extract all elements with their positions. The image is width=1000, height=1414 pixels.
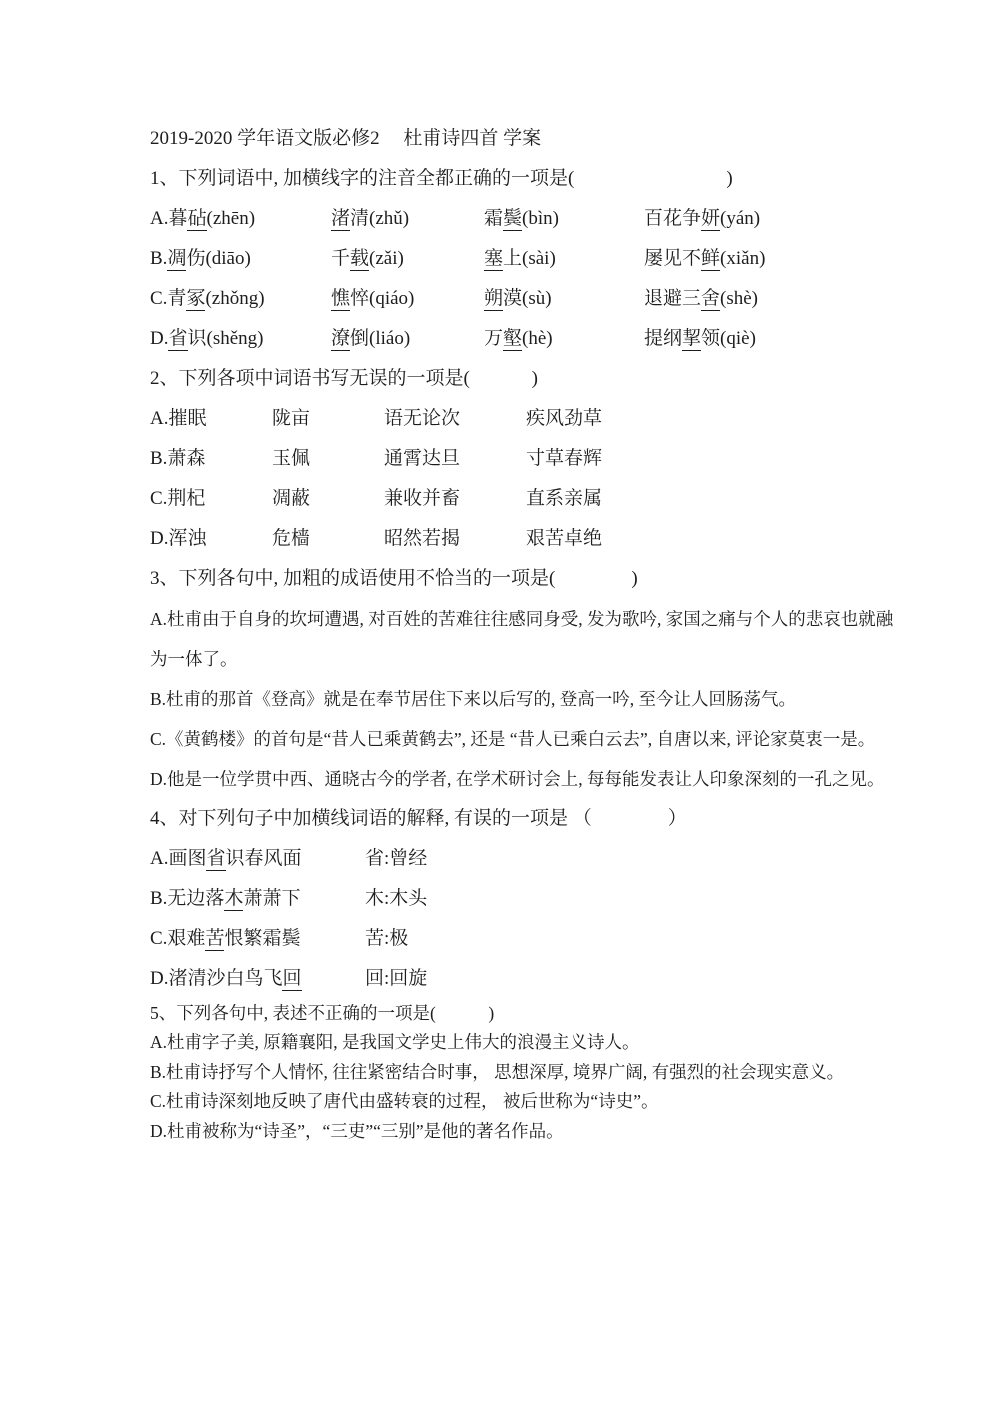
worksheet-page: 2019-2020 学年语文版必修2 杜甫诗四首 学案 1、下列词语中, 加横线… bbox=[0, 0, 910, 1146]
q1-option-cell: 千载(zǎi) bbox=[331, 239, 404, 279]
question-4: 4、对下列句子中加横线词语的解释, 有误的一项是 （ ） A.画图省识春风面省:… bbox=[150, 799, 910, 999]
q3-option: B.杜甫的那首《登高》就是在奉节居住下来以后写的, 登高一吟, 至今让人回肠荡气… bbox=[150, 679, 895, 719]
question-1: 1、下列词语中, 加横线字的注音全都正确的一项是( ) A.暮砧(zhēn)渚清… bbox=[150, 159, 910, 359]
q2-stem: 2、下列各项中词语书写无误的一项是( ) bbox=[150, 359, 910, 399]
q1-option-cell: 退避三舍(shè) bbox=[644, 279, 758, 319]
q4-gloss: 木:木头 bbox=[365, 879, 427, 919]
underlined-char: 鬓 bbox=[503, 208, 522, 231]
q1-option-row: A.暮砧(zhēn)渚清(zhǔ)霜鬓(bìn)百花争妍(yán) bbox=[150, 199, 910, 239]
underlined-char: 载 bbox=[350, 248, 369, 271]
q1-option-row: B.凋伤(diāo)千载(zǎi)塞上(sài)屡见不鲜(xiǎn) bbox=[150, 239, 910, 279]
q1-stem: 1、下列词语中, 加横线字的注音全都正确的一项是( ) bbox=[150, 159, 910, 199]
q2-option-cell: A.摧眠 bbox=[150, 399, 206, 439]
q2-option-row: B.萧森玉佩通霄达旦寸草春辉 bbox=[150, 439, 910, 479]
q1-option-cell: 提纲挈领(qiè) bbox=[644, 319, 756, 359]
q2-option-cell: 玉佩 bbox=[272, 439, 310, 479]
q2-option-row: C.荆杞凋蔽兼收并畜直系亲属 bbox=[150, 479, 910, 519]
underlined-char: 妍 bbox=[701, 208, 720, 231]
q1-options: A.暮砧(zhēn)渚清(zhǔ)霜鬓(bìn)百花争妍(yán)B.凋伤(di… bbox=[150, 199, 910, 359]
q3-options: A.杜甫由于自身的坎坷遭遇, 对百姓的苦难往往感同身受, 发为歌吟, 家国之痛与… bbox=[150, 599, 910, 799]
q2-option-cell: 危樯 bbox=[272, 519, 310, 559]
q2-option-cell: 疾风劲草 bbox=[526, 399, 602, 439]
q2-option-cell: 寸草春辉 bbox=[526, 439, 602, 479]
underlined-char: 塞 bbox=[484, 248, 503, 271]
q4-gloss: 苦:极 bbox=[365, 919, 408, 959]
q1-option-row: C.青冢(zhǒng)憔悴(qiáo)朔漠(sù)退避三舍(shè) bbox=[150, 279, 910, 319]
underlined-char: 壑 bbox=[503, 328, 522, 351]
q2-option-cell: 语无论次 bbox=[384, 399, 460, 439]
q5-option: A.杜甫字子美, 原籍襄阳, 是我国文学史上伟大的浪漫主义诗人。 bbox=[150, 1028, 910, 1057]
q2-option-cell: B.萧森 bbox=[150, 439, 205, 479]
q2-option-cell: 艰苦卓绝 bbox=[526, 519, 602, 559]
underlined-char: 渚 bbox=[331, 208, 350, 231]
q5-option: D.杜甫被称为“诗圣”，“三吏”“三别”是他的著名作品。 bbox=[150, 1117, 910, 1146]
q5-options: A.杜甫字子美, 原籍襄阳, 是我国文学史上伟大的浪漫主义诗人。B.杜甫诗抒写个… bbox=[150, 1028, 910, 1146]
underlined-char: 省 bbox=[168, 328, 187, 351]
q3-option: D.他是一位学贯中西、通晓古今的学者, 在学术研讨会上, 每每能发表让人印象深刻… bbox=[150, 759, 895, 799]
underlined-char: 憔 bbox=[331, 288, 350, 311]
q2-option-cell: 通霄达旦 bbox=[384, 439, 460, 479]
q2-option-cell: D.浑浊 bbox=[150, 519, 206, 559]
q2-option-cell: 直系亲属 bbox=[526, 479, 602, 519]
q1-option-cell: B.凋伤(diāo) bbox=[150, 239, 251, 279]
q4-option-row: A.画图省识春风面省:曾经 bbox=[150, 839, 910, 879]
q4-phrase: C.艰难苦恨繁霜鬓 bbox=[150, 919, 300, 959]
underlined-char: 冢 bbox=[186, 288, 205, 311]
q2-option-row: D.浑浊危樯昭然若揭艰苦卓绝 bbox=[150, 519, 910, 559]
q5-stem: 5、下列各句中, 表述不正确的一项是( ) bbox=[150, 999, 910, 1028]
q1-option-cell: 朔漠(sù) bbox=[484, 279, 552, 319]
q1-option-cell: A.暮砧(zhēn) bbox=[150, 199, 255, 239]
question-2: 2、下列各项中词语书写无误的一项是( ) A.摧眠陇亩语无论次疾风劲草B.萧森玉… bbox=[150, 359, 910, 559]
q1-option-cell: 百花争妍(yán) bbox=[644, 199, 760, 239]
q4-option-row: D.渚清沙白鸟飞回回:回旋 bbox=[150, 959, 910, 999]
q4-option-row: C.艰难苦恨繁霜鬓苦:极 bbox=[150, 919, 910, 959]
underlined-char: 挈 bbox=[682, 328, 701, 351]
q1-option-row: D.省识(shěng)潦倒(liáo)万壑(hè)提纲挈领(qiè) bbox=[150, 319, 910, 359]
q1-option-cell: 屡见不鲜(xiǎn) bbox=[644, 239, 765, 279]
q3-stem: 3、下列各句中, 加粗的成语使用不恰当的一项是( ) bbox=[150, 559, 910, 599]
q4-phrase: B.无边落木萧萧下 bbox=[150, 879, 300, 919]
q3-option: C.《黄鹤楼》的首句是“昔人已乘黄鹤去”, 还是 “昔人已乘白云去”, 自唐以来… bbox=[150, 719, 895, 759]
q1-option-cell: 塞上(sài) bbox=[484, 239, 556, 279]
q1-option-cell: D.省识(shěng) bbox=[150, 319, 263, 359]
underlined-char: 砧 bbox=[187, 208, 206, 231]
q1-option-cell: 万壑(hè) bbox=[484, 319, 553, 359]
underlined-char: 舍 bbox=[701, 288, 720, 311]
q4-phrase: A.画图省识春风面 bbox=[150, 839, 302, 879]
underlined-char: 鲜 bbox=[701, 248, 720, 271]
q4-options: A.画图省识春风面省:曾经B.无边落木萧萧下木:木头C.艰难苦恨繁霜鬓苦:极D.… bbox=[150, 839, 910, 999]
q5-option: C.杜甫诗深刻地反映了唐代由盛转衰的过程， 被后世称为“诗史”。 bbox=[150, 1087, 910, 1116]
q2-option-cell: 凋蔽 bbox=[272, 479, 310, 519]
question-3: 3、下列各句中, 加粗的成语使用不恰当的一项是( ) A.杜甫由于自身的坎坷遭遇… bbox=[150, 559, 910, 799]
q5-option: B.杜甫诗抒写个人情怀, 往往紧密结合时事， 思想深厚, 境界广阔, 有强烈的社… bbox=[150, 1058, 910, 1087]
q4-phrase: D.渚清沙白鸟飞回 bbox=[150, 959, 302, 999]
q2-option-cell: 兼收并畜 bbox=[384, 479, 460, 519]
q2-options: A.摧眠陇亩语无论次疾风劲草B.萧森玉佩通霄达旦寸草春辉C.荆杞凋蔽兼收并畜直系… bbox=[150, 399, 910, 559]
q4-gloss: 省:曾经 bbox=[365, 839, 427, 879]
underlined-char: 木 bbox=[224, 888, 243, 911]
underlined-char: 苦 bbox=[205, 928, 224, 951]
q4-stem: 4、对下列句子中加横线词语的解释, 有误的一项是 （ ） bbox=[150, 799, 910, 839]
q2-option-cell: C.荆杞 bbox=[150, 479, 205, 519]
question-5: 5、下列各句中, 表述不正确的一项是( ) A.杜甫字子美, 原籍襄阳, 是我国… bbox=[150, 999, 910, 1146]
q2-option-cell: 陇亩 bbox=[272, 399, 310, 439]
q2-option-cell: 昭然若揭 bbox=[384, 519, 460, 559]
underlined-char: 凋 bbox=[167, 248, 186, 271]
q4-option-row: B.无边落木萧萧下木:木头 bbox=[150, 879, 910, 919]
q1-option-cell: 潦倒(liáo) bbox=[331, 319, 410, 359]
q3-option: A.杜甫由于自身的坎坷遭遇, 对百姓的苦难往往感同身受, 发为歌吟, 家国之痛与… bbox=[150, 599, 895, 679]
q1-option-cell: 渚清(zhǔ) bbox=[331, 199, 409, 239]
underlined-char: 朔 bbox=[484, 288, 503, 311]
q1-option-cell: 霜鬓(bìn) bbox=[484, 199, 559, 239]
underlined-char: 省 bbox=[206, 848, 225, 871]
q4-gloss: 回:回旋 bbox=[365, 959, 427, 999]
page-title: 2019-2020 学年语文版必修2 杜甫诗四首 学案 bbox=[150, 119, 910, 159]
underlined-char: 潦 bbox=[331, 328, 350, 351]
underlined-char: 回 bbox=[282, 968, 301, 991]
q1-option-cell: C.青冢(zhǒng) bbox=[150, 279, 265, 319]
q2-option-row: A.摧眠陇亩语无论次疾风劲草 bbox=[150, 399, 910, 439]
q1-option-cell: 憔悴(qiáo) bbox=[331, 279, 414, 319]
